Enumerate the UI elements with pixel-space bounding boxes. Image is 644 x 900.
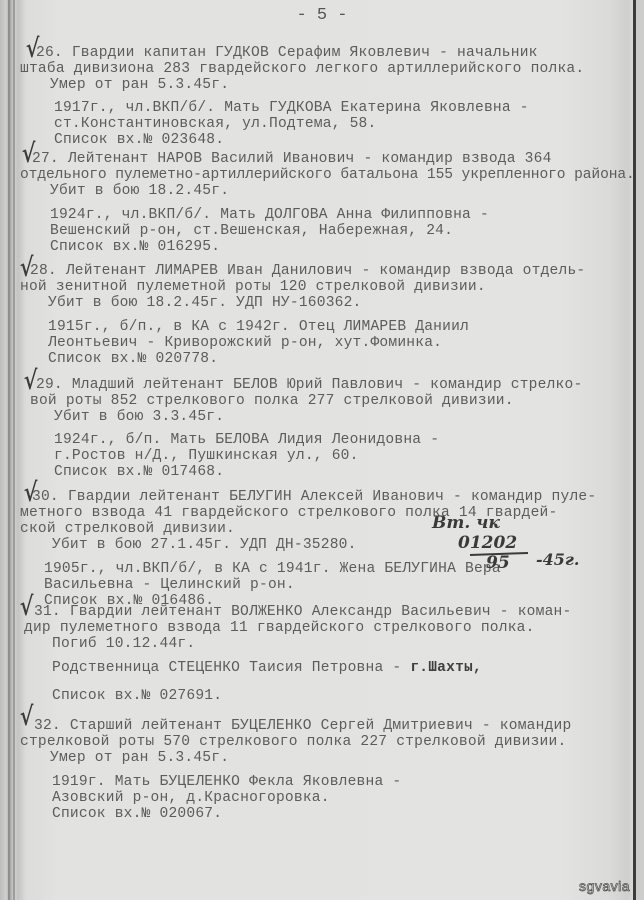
checkmark-icon: √ — [20, 592, 34, 622]
entry-text: штаба дивизиона 283 гвардейского легкого… — [20, 61, 584, 77]
entry-details: Список вх.№ 016295. — [50, 239, 220, 255]
entry-text: Гвардии лейтенант БЕЛУГИН Алексей Иванов… — [68, 489, 597, 505]
entry-number: 26. — [36, 45, 63, 61]
entry-text: отдельного пулеметно-артиллерийского бат… — [20, 167, 635, 183]
entry-text: Умер от ран 5.3.45г. — [50, 750, 229, 766]
entry-text: Лейтенант ЛИМАРЕВ Иван Данилович - коман… — [66, 263, 586, 279]
entry-text: Убит в бою 18.2.45г. — [50, 183, 229, 199]
entry-details: Вешенский р-он, ст.Вешенская, Набережная… — [50, 223, 453, 239]
entry-text: вой роты 852 стрелкового полка 277 стрел… — [30, 393, 514, 409]
entry-details: Азовский р-он, д.Красногоровка. — [52, 790, 330, 806]
entry-text: Убит в бою 18.2.45г. УДП НУ-160362. — [48, 295, 362, 311]
entry-details: 1924г., чл.ВКП/б/. Мать ДОЛГОВА Анна Фил… — [50, 207, 489, 223]
entry-details: 1905г., чл.ВКП/б/, в КА с 1941г. Жена БЕ… — [44, 561, 501, 577]
entry-text: ской стрелковой дивизии. — [20, 521, 235, 537]
binding-edge — [8, 0, 10, 900]
handwritten-note: Вт. чк — [432, 513, 500, 533]
entry-details: ст.Константиновская, ул.Подтема, 58. — [54, 116, 376, 132]
entry-details: Список вх.№ 023648. — [54, 132, 224, 148]
entry-details-city: г.Шахты, — [410, 660, 482, 676]
entry-text: Лейтенант НАРОВ Василий Иванович - коман… — [68, 151, 552, 167]
entry-number: 31. — [34, 604, 61, 620]
entry-text: Убит в бою 3.3.45г. — [54, 409, 224, 425]
entry-text: стрелковой роты 570 стрелкового полка 22… — [20, 734, 566, 750]
entry-text: Убит в бою 27.1.45г. УДП ДН-35280. — [52, 537, 357, 553]
entry-details: г.Ростов н/Д., Пушкинская ул., 60. — [54, 448, 359, 464]
entry-details: 1924г., б/п. Мать БЕЛОВА Лидия Леонидовн… — [54, 432, 439, 448]
entry-number: 29. — [36, 377, 63, 393]
page-edge-strip — [636, 0, 644, 900]
entry-text: Старший лейтенант БУЦЕЛЕНКО Сергей Дмитр… — [70, 718, 572, 734]
watermark-logo: sgvavia — [579, 878, 630, 894]
entry-number: 27. — [32, 151, 59, 167]
entry-number: 28. — [30, 263, 57, 279]
entry-text: Погиб 10.12.44г. — [52, 636, 195, 652]
binding-edge — [13, 0, 15, 900]
entry-details: Леонтьевич - Криворожский р-он, хут.Фоми… — [48, 335, 442, 351]
entry-text: ной зенитной пулеметной роты 120 стрелко… — [20, 279, 486, 295]
handwritten-note-suffix: -45г. — [536, 550, 579, 569]
entry-details: Список вх.№ 027691. — [52, 688, 222, 704]
entry-text: дир пулеметного взвода 11 гвардейского с… — [24, 620, 535, 636]
entry-text: Младший лейтенант БЕЛОВ Юрий Павлович - … — [72, 377, 583, 393]
handwritten-note-numerator: 01202 — [458, 533, 517, 553]
checkmark-icon: √ — [20, 702, 34, 732]
document-page: - 5 - √ 26. Гвардии капитан ГУДКОВ Сераф… — [0, 0, 644, 900]
entry-details: 1915г., б/п., в КА с 1942г. Отец ЛИМАРЕВ… — [48, 319, 469, 335]
entry-details: Список вх.№ 020067. — [52, 806, 222, 822]
entry-number: 30. — [32, 489, 59, 505]
entry-details: Список вх.№ 017468. — [54, 464, 224, 480]
entry-details: 1917г., чл.ВКП/б/. Мать ГУДКОВА Екатерин… — [54, 100, 529, 116]
entry-text: Гвардии капитан ГУДКОВ Серафим Яковлевич… — [72, 45, 538, 61]
entry-details: 1919г. Мать БУЦЕЛЕНКО Фекла Яковлевна - — [52, 774, 401, 790]
entry-text: Гвардии лейтенант ВОЛЖЕНКО Александр Вас… — [70, 604, 572, 620]
entry-details: Список вх.№ 020778. — [48, 351, 218, 367]
entry-details: Васильевна - Целинский р-он. — [44, 577, 295, 593]
entry-text: Умер от ран 5.3.45г. — [50, 77, 229, 93]
handwritten-note-denominator: 95 — [486, 553, 510, 573]
entry-number: 32. — [34, 718, 61, 734]
page-number: - 5 - — [0, 6, 644, 25]
entry-details: Родственница СТЕЦЕНКО Таисия Петровна - — [52, 660, 410, 676]
